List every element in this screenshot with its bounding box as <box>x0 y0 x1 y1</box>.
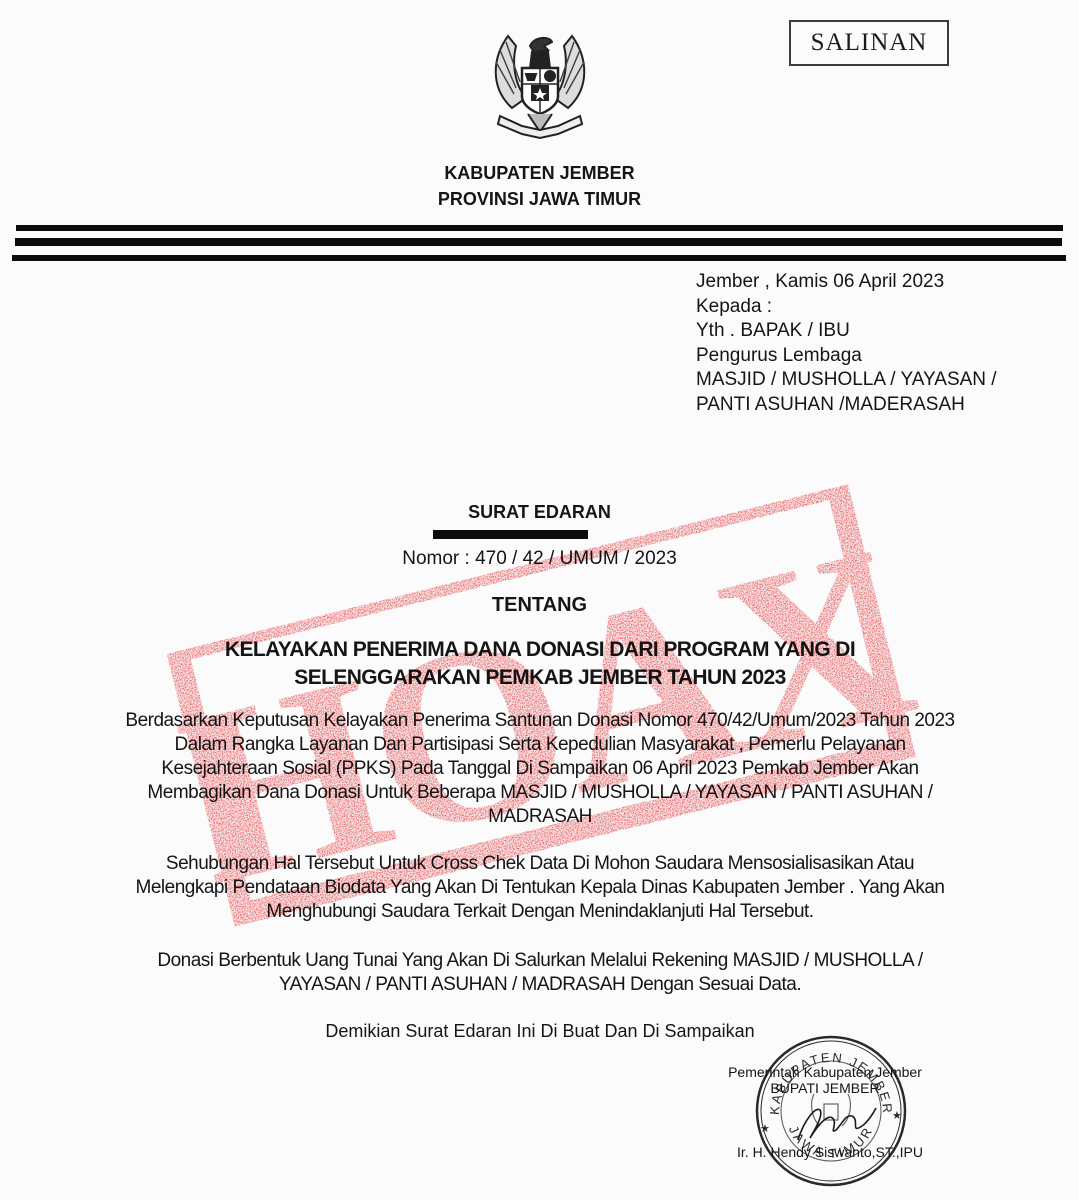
recipient-line: Yth . BAPAK / IBU <box>696 319 997 344</box>
recipient-block: Jember , Kamis 06 April 2023 Kepada : Yt… <box>696 270 997 417</box>
text-line: Menghubungi Saudara Terkait Dengan Menin… <box>60 900 1020 924</box>
body-paragraph-3: Donasi Berbentuk Uang Tunai Yang Akan Di… <box>60 949 1020 997</box>
subject-line: SELENGGARAKAN PEMKAB JEMBER TAHUN 2023 <box>60 664 1020 692</box>
letterhead-rule <box>15 238 1062 246</box>
body-paragraph-2: Sehubungan Hal Tersebut Untuk Cross Chek… <box>60 852 1020 924</box>
document-number: Nomor : 470 / 42 / UMUM / 2023 <box>0 548 1079 570</box>
text-line: Sehubungan Hal Tersebut Untuk Cross Chek… <box>60 852 1020 876</box>
document-subject: KELAYAKAN PENERIMA DANA DONASI DARI PROG… <box>60 636 1020 692</box>
signatory-title: BUPATI JEMBER <box>700 1080 950 1096</box>
letterhead-rule <box>12 255 1066 261</box>
recipient-line: PANTI ASUHAN /MADERASAH <box>696 393 997 418</box>
recipient-line: Pengurus Lembaga <box>696 344 997 369</box>
letterhead-province: PROVINSI JAWA TIMUR <box>0 189 1079 210</box>
garuda-emblem-icon <box>478 28 602 144</box>
text-line: Membagikan Dana Donasi Untuk Beberapa MA… <box>60 781 1020 805</box>
text-line: MADRASAH <box>60 805 1020 829</box>
text-line: Kesejahteraan Sosial (PPKS) Pada Tanggal… <box>60 757 1020 781</box>
salinan-stamp-box: SALINAN <box>789 20 949 66</box>
text-line: YAYASAN / PANTI ASUHAN / MADRASAH Dengan… <box>60 973 1020 997</box>
about-label: TENTANG <box>0 594 1079 617</box>
title-underline <box>433 530 588 539</box>
recipient-line: MASJID / MUSHOLLA / YAYASAN / <box>696 368 997 393</box>
letterhead-rule <box>16 225 1063 231</box>
text-line: Dalam Rangka Layanan Dan Partisipasi Ser… <box>60 733 1020 757</box>
date-line: Jember , Kamis 06 April 2023 <box>696 270 997 295</box>
svg-text:★: ★ <box>760 1122 770 1135</box>
text-line: Melengkapi Pendataan Biodata Yang Akan D… <box>60 876 1020 900</box>
text-line: Donasi Berbentuk Uang Tunai Yang Akan Di… <box>60 949 1020 973</box>
text-line: Berdasarkan Keputusan Kelayakan Penerima… <box>60 709 1020 733</box>
recipient-line: Kepada : <box>696 295 997 320</box>
subject-line: KELAYAKAN PENERIMA DANA DONASI DARI PROG… <box>60 636 1020 664</box>
signatory-name: Ir. H. Hendy Siswanto,ST.,IPU <box>690 1144 970 1160</box>
handwritten-signature-icon <box>790 1100 880 1145</box>
signatory-organization: Pemerintah Kabupaten Jember <box>700 1064 950 1080</box>
body-paragraph-1: Berdasarkan Keputusan Kelayakan Penerima… <box>60 709 1020 829</box>
letterhead-regency: KABUPATEN JEMBER <box>0 163 1079 184</box>
document-title: SURAT EDARAN <box>0 502 1079 523</box>
svg-text:★: ★ <box>892 1109 902 1122</box>
